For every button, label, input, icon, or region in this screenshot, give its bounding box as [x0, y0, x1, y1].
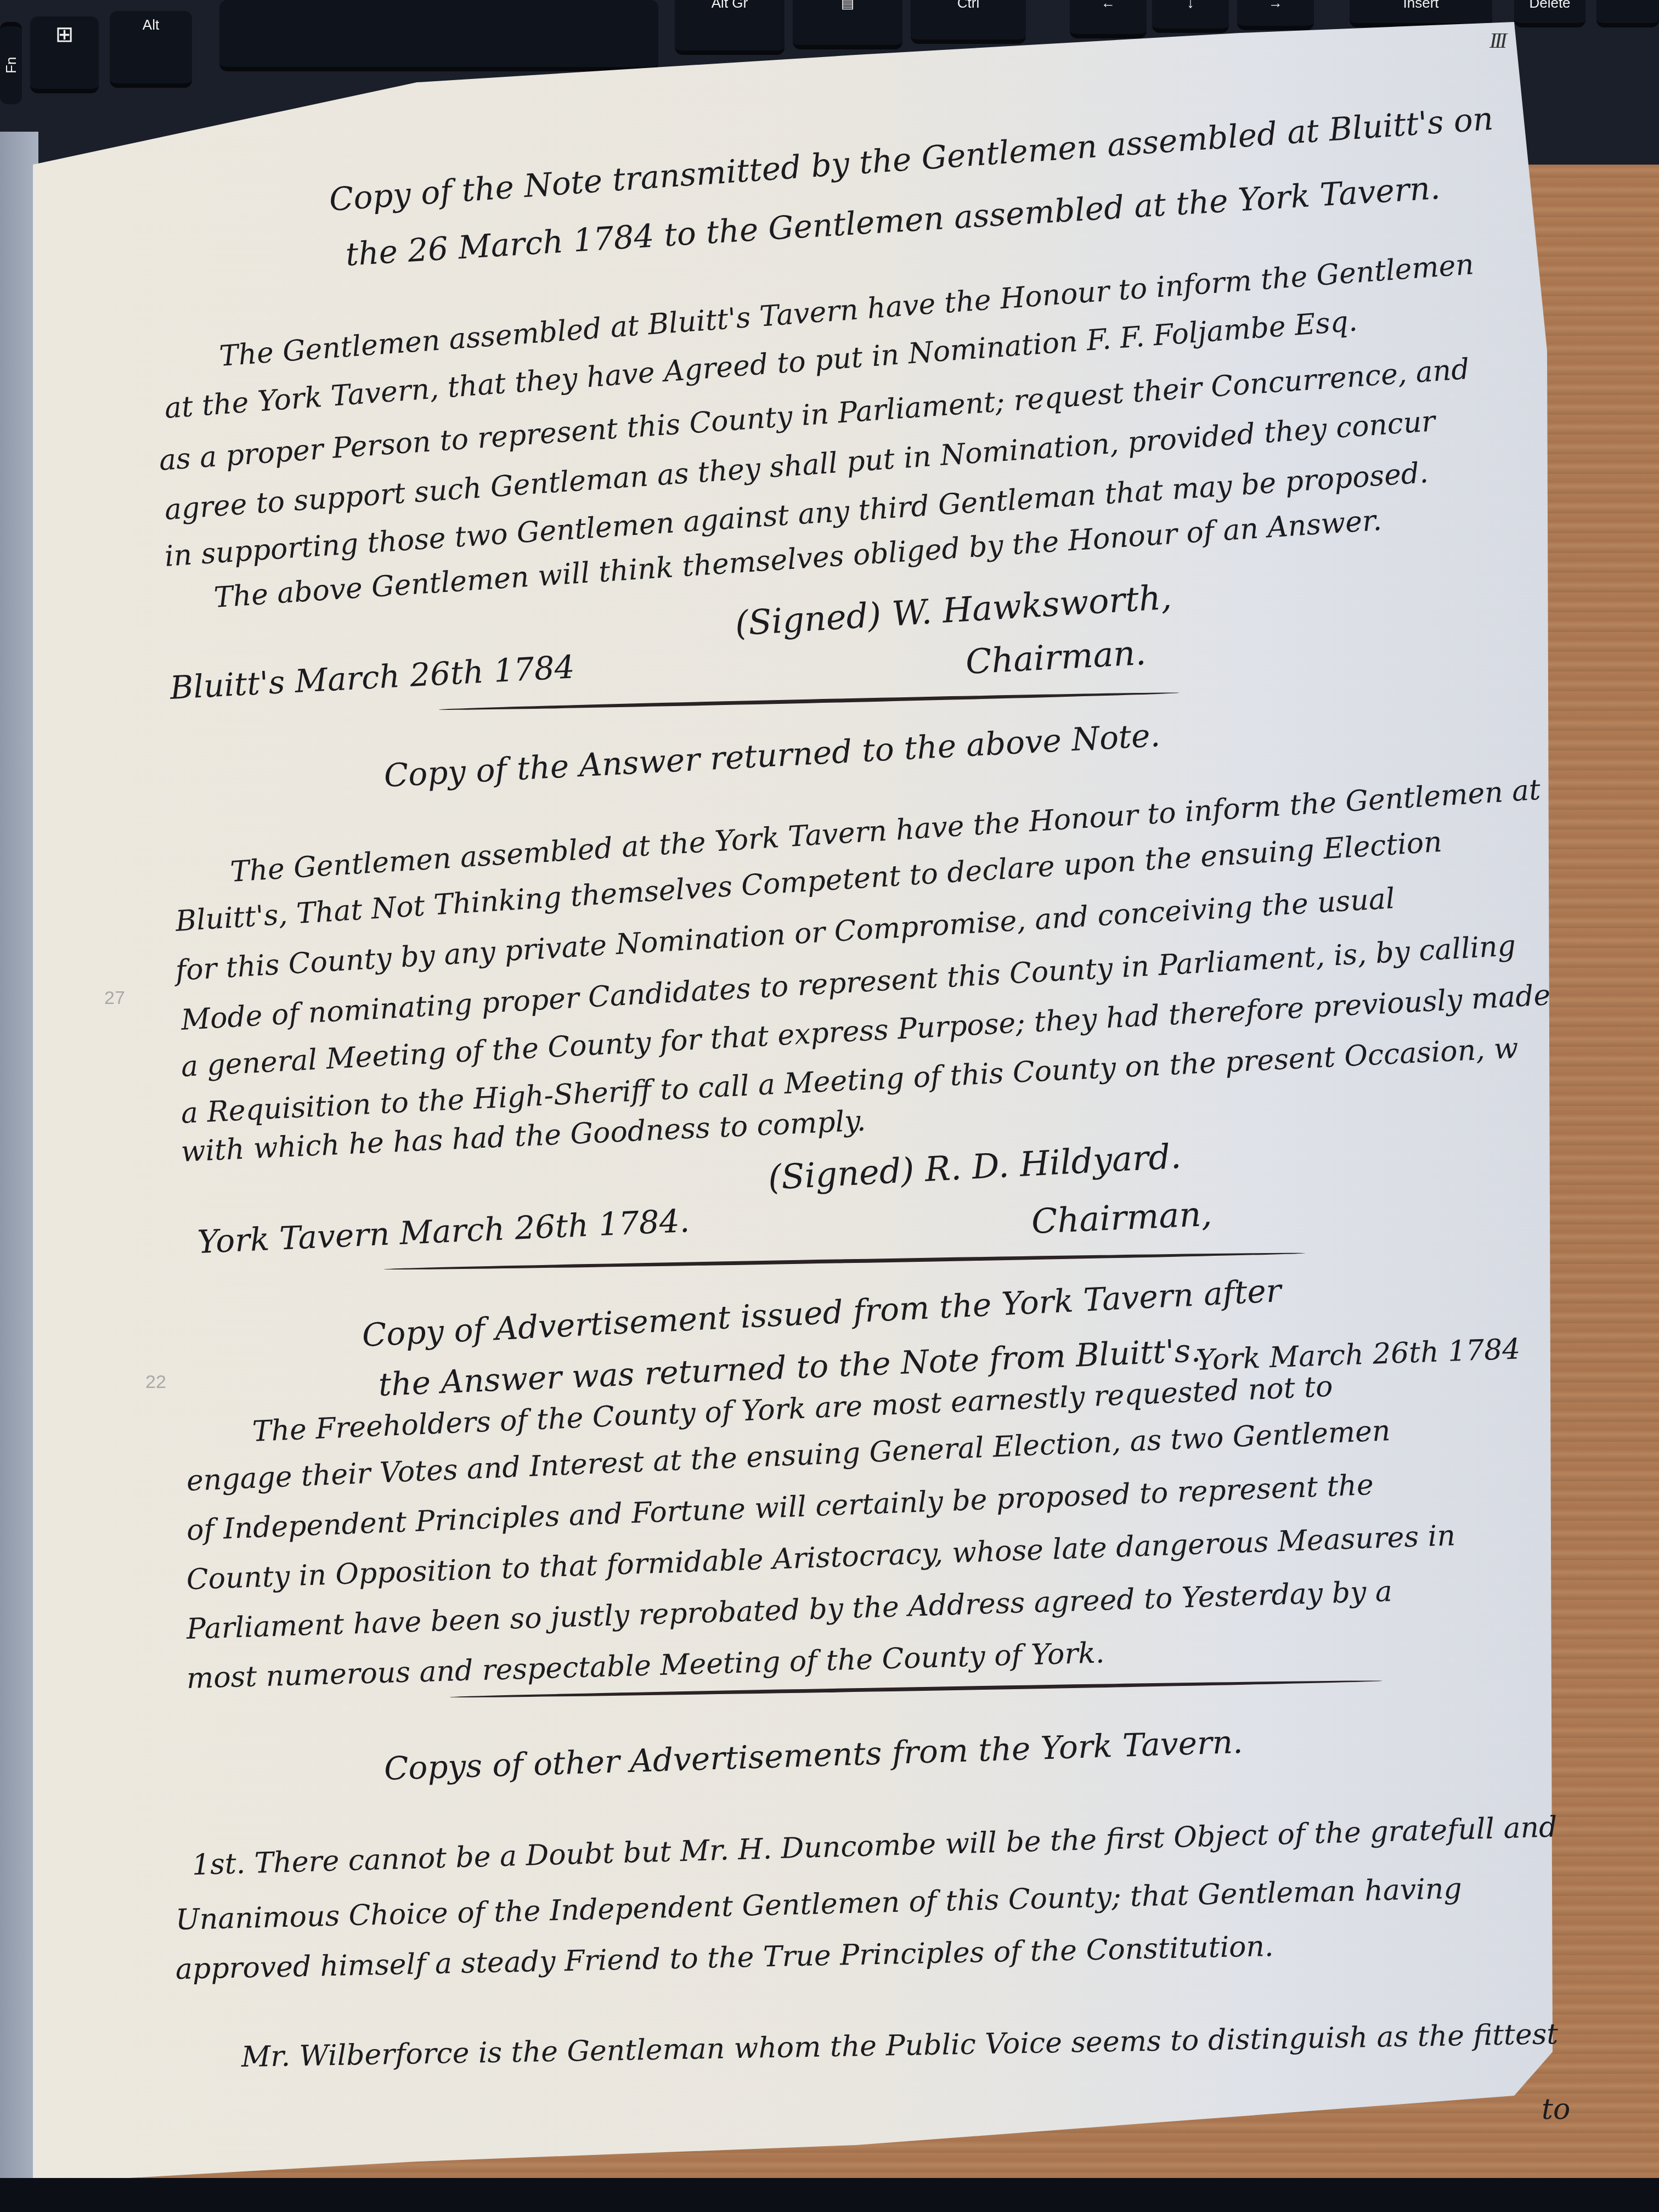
key-fn: Fn	[0, 22, 22, 104]
key-ctrl: Ctrl	[911, 0, 1026, 44]
key-unlabeled	[1596, 0, 1659, 27]
key-arrow-right: →	[1237, 0, 1314, 30]
catchword: to	[1542, 2093, 1570, 2126]
windows-icon: ⊞	[55, 22, 74, 47]
page-number: III	[1489, 27, 1505, 53]
key-insert: Insert	[1350, 0, 1492, 27]
key-delete: Delete	[1514, 0, 1585, 27]
book-gutter	[0, 132, 38, 2212]
key-space	[219, 0, 658, 71]
key-alt: Alt	[110, 11, 192, 88]
margin-note-27: 27	[104, 988, 125, 1009]
bottom-shadow	[0, 2178, 1659, 2212]
key-windows: ⊞	[30, 16, 99, 93]
key-arrow-left: ←	[1070, 0, 1147, 38]
key-arrow-down: ↓	[1152, 0, 1229, 33]
key-altgr: Alt Gr	[675, 0, 785, 55]
answer-chairman: Chairman,	[1030, 1194, 1212, 1242]
key-menu: ▤	[793, 0, 902, 49]
margin-note-22: 22	[145, 1372, 166, 1393]
menu-icon: ▤	[841, 0, 855, 12]
